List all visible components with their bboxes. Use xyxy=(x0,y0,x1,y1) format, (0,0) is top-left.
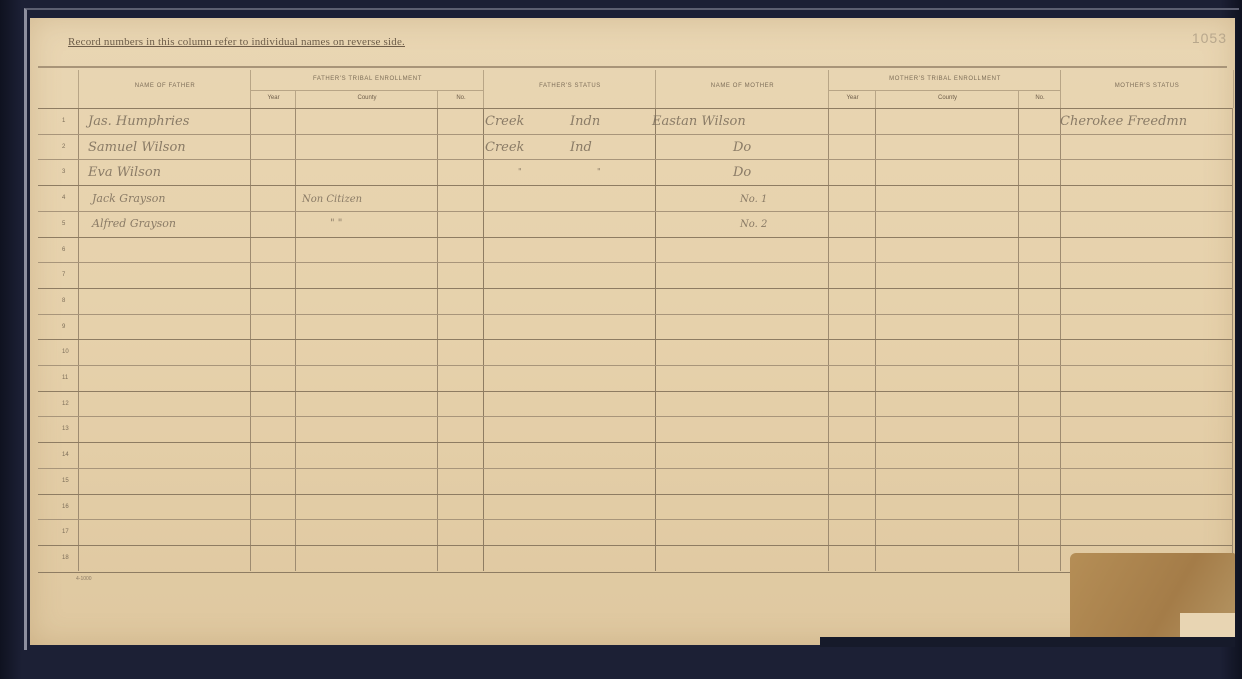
instruction-line: Record numbers in this column refer to i… xyxy=(68,36,405,48)
table-row: 8 xyxy=(38,288,1232,315)
handwritten-mother-name: Eastan Wilson xyxy=(652,114,746,129)
ditto-mark: " xyxy=(518,167,522,176)
handwritten-mother-status: Cherokee Freedmn xyxy=(1060,114,1187,129)
table-row: 6 xyxy=(38,237,1232,264)
handwritten-father-status: Ind xyxy=(570,140,592,155)
table-row: 11 xyxy=(38,365,1232,392)
handwritten-father-status: Creek xyxy=(485,114,524,129)
table-row: 18 xyxy=(38,545,1232,573)
handwritten-father-status: Indn xyxy=(570,114,600,129)
table-row: 9 xyxy=(38,314,1232,341)
header-mother-county: County xyxy=(875,90,1019,109)
page-number: 1053 xyxy=(1192,30,1227,46)
table-row: 2 xyxy=(38,134,1232,161)
table-row: 14 xyxy=(38,442,1232,469)
header-father-county: County xyxy=(295,90,438,109)
header-mother-no: No. xyxy=(1018,90,1061,109)
rule xyxy=(1232,108,1233,571)
handwritten-father-name: Alfred Grayson xyxy=(92,217,176,230)
scanner-edge xyxy=(820,637,1235,647)
header-mother-year: Year xyxy=(828,90,876,109)
handwritten-father-name: Jack Grayson xyxy=(92,192,165,205)
handwritten-mother-name: Do xyxy=(733,165,751,180)
table-row: 12 xyxy=(38,391,1232,418)
handwritten-mother-name: Do xyxy=(733,140,751,155)
table-row: 7 xyxy=(38,262,1232,289)
header-father-year: Year xyxy=(250,90,296,109)
handwritten-father-name: Eva Wilson xyxy=(88,165,161,180)
header-mothers-status: Mother's Status xyxy=(1060,70,1234,108)
table-row: 1 xyxy=(38,108,1232,135)
handwritten-father-name: Jas. Humphries xyxy=(88,114,189,129)
table-row: 5 xyxy=(38,211,1232,238)
table-row: 10 xyxy=(38,339,1232,366)
table-row: 17 xyxy=(38,519,1232,546)
header-father-no: No. xyxy=(437,90,484,109)
header-fathers-status: Father's Status xyxy=(483,70,656,108)
header-name-of-father: Name of Father xyxy=(78,70,251,108)
form-code: 4-1000 xyxy=(76,576,92,582)
table-row: 4 xyxy=(38,185,1232,212)
header-name-of-mother: Name of Mother xyxy=(655,70,829,108)
enrollment-card: Record numbers in this column refer to i… xyxy=(30,18,1235,645)
handwritten-father-status: Creek xyxy=(485,140,524,155)
handwritten-father-name: Samuel Wilson xyxy=(88,140,186,155)
handwritten-mother-name: No. 1 xyxy=(740,194,767,205)
handwritten-father-county: Non Citizen xyxy=(302,194,362,205)
header-rule xyxy=(38,66,1227,68)
table-row: 15 xyxy=(38,468,1232,495)
ditto-mark: " xyxy=(597,167,601,176)
table-row: 13 xyxy=(38,416,1232,443)
handwritten-father-county: " " xyxy=(330,218,342,229)
handwritten-mother-name: No. 2 xyxy=(740,219,767,230)
table-row: 3 xyxy=(38,159,1232,186)
table-row: 16 xyxy=(38,494,1232,521)
